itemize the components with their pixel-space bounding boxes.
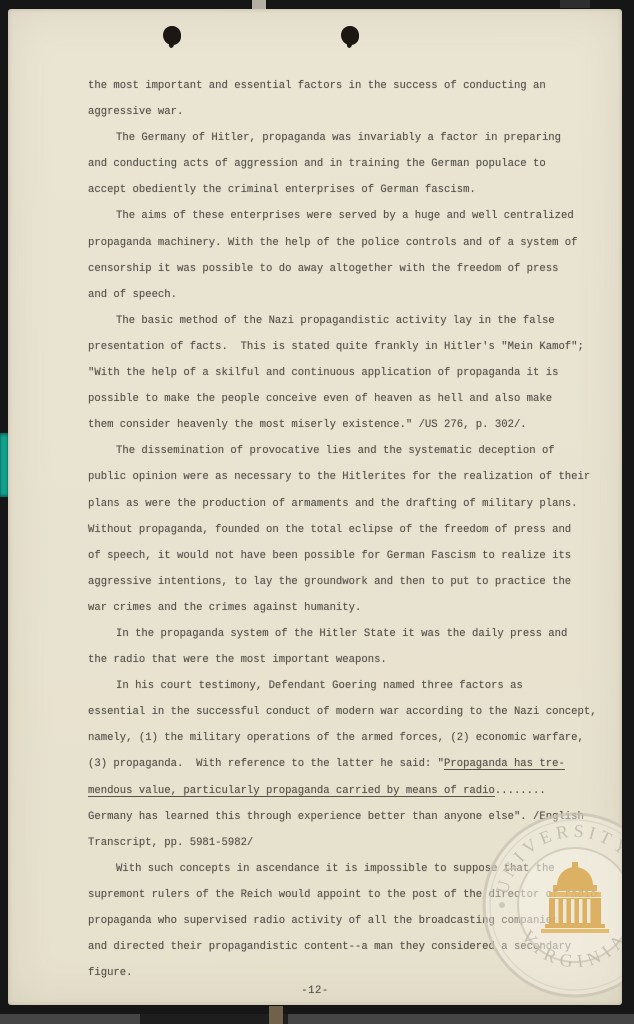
underlined-text: Propaganda has tre- <box>444 758 565 770</box>
university-of-virginia-stamp: UNIVERSITY OF VIRGINIA <box>475 805 622 1005</box>
text-segment: The Germany of Hitler, propaganda was in… <box>116 132 561 144</box>
text-line: The dissemination of provocative lies an… <box>88 438 602 464</box>
text-line: possible to make the people conceive eve… <box>88 386 602 412</box>
text-line: aggressive intentions, to lay the ground… <box>88 569 602 595</box>
text-line: propaganda machinery. With the help of t… <box>88 230 602 256</box>
text-line: The basic method of the Nazi propagandis… <box>88 308 602 334</box>
text-segment: plans as were the production of armament… <box>88 498 578 510</box>
scanner-edge-notch <box>252 0 266 9</box>
scanner-bottom-strip <box>0 1014 634 1024</box>
text-segment: the most important and essential factors… <box>88 80 546 92</box>
text-segment: The basic method of the Nazi propagandis… <box>116 315 555 327</box>
text-line: presentation of facts. This is stated qu… <box>88 334 602 360</box>
text-line: essential in the successful conduct of m… <box>88 699 602 725</box>
scanner-bottom-shadow <box>140 1014 288 1024</box>
text-line: In his court testimony, Defendant Goerin… <box>88 673 602 699</box>
text-segment: accept obediently the criminal enterpris… <box>88 184 476 196</box>
text-segment: the radio that were the most important w… <box>88 654 387 666</box>
text-line: In the propaganda system of the Hitler S… <box>88 621 602 647</box>
text-segment: presentation of facts. This is stated qu… <box>88 341 584 353</box>
text-line: aggressive war. <box>88 99 602 125</box>
text-segment: propaganda machinery. With the help of t… <box>88 237 578 249</box>
text-segment: ........ <box>495 785 546 797</box>
text-line: the most important and essential factors… <box>88 73 602 99</box>
text-line: of speech, it would not have been possib… <box>88 543 602 569</box>
punch-hole-right <box>341 26 359 45</box>
text-line: (3) propaganda. With reference to the la… <box>88 751 602 777</box>
text-line: Without propaganda, founded on the total… <box>88 517 602 543</box>
scanned-document: the most important and essential factors… <box>0 0 634 1024</box>
stamp-ornament-left <box>499 902 505 908</box>
text-line: censorship it was possible to do away al… <box>88 256 602 282</box>
text-line: plans as were the production of armament… <box>88 491 602 517</box>
text-line: mendous value, particularly propaganda c… <box>88 778 602 804</box>
scanner-corner-shade <box>560 0 590 8</box>
text-segment: The dissemination of provocative lies an… <box>116 445 555 457</box>
underlined-text: mendous value, particularly propaganda c… <box>88 785 495 797</box>
text-segment: namely, (1) the military operations of t… <box>88 732 584 744</box>
text-segment: aggressive war. <box>88 106 183 118</box>
text-segment: possible to make the people conceive eve… <box>88 393 552 405</box>
teal-edge-mark <box>0 433 8 497</box>
text-segment: war crimes and the crimes against humani… <box>88 602 361 614</box>
text-line: and of speech. <box>88 282 602 308</box>
text-line: The aims of these enterprises were serve… <box>88 203 602 229</box>
text-segment: public opinion were as necessary to the … <box>88 471 590 483</box>
paper-sheet: the most important and essential factors… <box>8 9 622 1005</box>
text-line: and conducting acts of aggression and in… <box>88 151 602 177</box>
text-segment: aggressive intentions, to lay the ground… <box>88 576 571 588</box>
text-segment: (3) propaganda. With reference to the la… <box>88 758 444 770</box>
text-line: namely, (1) the military operations of t… <box>88 725 602 751</box>
text-segment: "With the help of a skilful and continuo… <box>88 367 558 379</box>
text-line: "With the help of a skilful and continuo… <box>88 360 602 386</box>
text-line: the radio that were the most important w… <box>88 647 602 673</box>
punch-hole-left <box>163 26 181 45</box>
text-segment: essential in the successful conduct of m… <box>88 706 597 718</box>
text-segment: and of speech. <box>88 289 177 301</box>
text-segment: Without propaganda, founded on the total… <box>88 524 571 536</box>
text-segment: censorship it was possible to do away al… <box>88 263 558 275</box>
text-line: accept obediently the criminal enterpris… <box>88 177 602 203</box>
text-line: public opinion were as necessary to the … <box>88 464 602 490</box>
text-segment: In the propaganda system of the Hitler S… <box>116 628 567 640</box>
text-segment: Transcript, pp. 5981-5982/ <box>88 837 253 849</box>
text-line: them consider heavenly the most miserly … <box>88 412 602 438</box>
text-segment: figure. <box>88 967 133 979</box>
text-line: The Germany of Hitler, propaganda was in… <box>88 125 602 151</box>
text-segment: them consider heavenly the most miserly … <box>88 419 527 431</box>
text-segment: The aims of these enterprises were serve… <box>116 210 574 222</box>
scanner-bottom-tab <box>269 1006 283 1024</box>
text-segment: and conducting acts of aggression and in… <box>88 158 546 170</box>
text-line: war crimes and the crimes against humani… <box>88 595 602 621</box>
text-segment: of speech, it would not have been possib… <box>88 550 571 562</box>
text-segment: In his court testimony, Defendant Goerin… <box>116 680 523 692</box>
